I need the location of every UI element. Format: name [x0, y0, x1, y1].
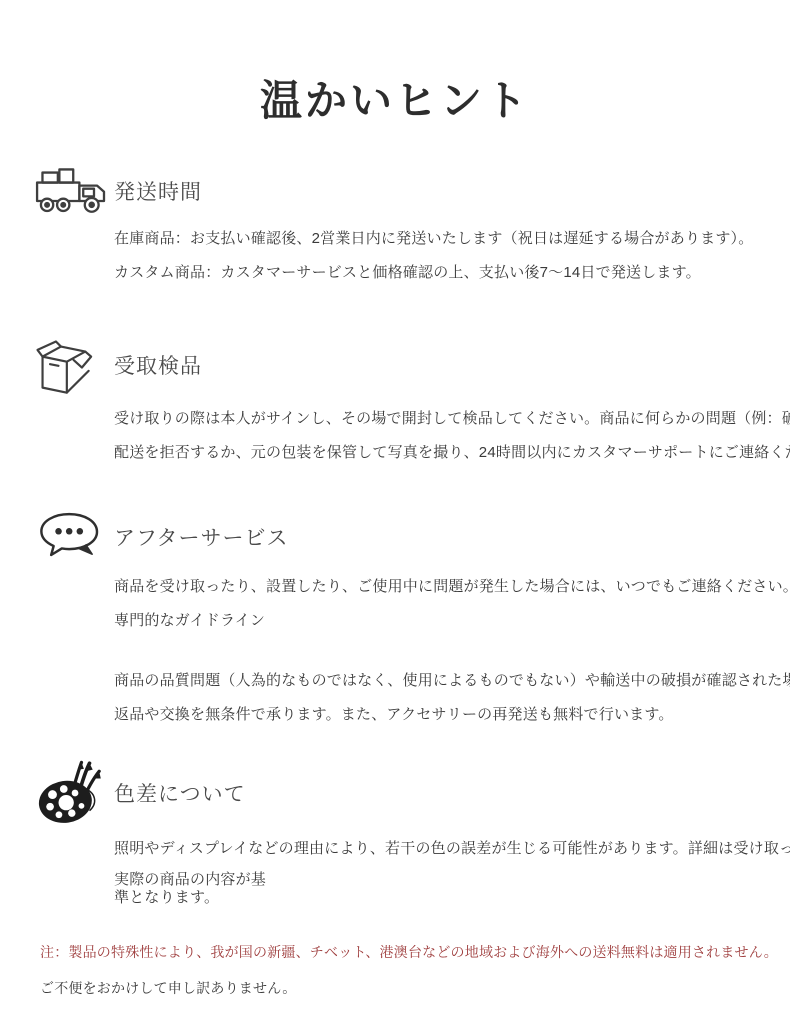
body-line: 専門的なガイドライン: [114, 610, 790, 632]
page-title: 温かいヒント: [0, 0, 790, 128]
body-line: 配送を拒否するか、元の包装を保管して写真を撮り、24時間以内にカスタマーサポート…: [114, 442, 790, 464]
body-line: 返品や交換を無条件で承ります。また、アクセサリーの再発送も無料で行います。: [114, 704, 790, 726]
section-header: 発送時間: [34, 166, 790, 216]
body-line: 商品を受け取ったり、設置したり、ご使用中に問題が発生した場合には、いつでもご連絡…: [114, 576, 790, 598]
section-body: 受け取りの際は本人がサインし、その場で開封して検品してください。商品に何らかの問…: [114, 408, 790, 464]
palette-icon: [34, 760, 114, 826]
info-section-4: 色差について 照明やディスプレイなどの理由により、若干の色の誤差が生じる可能性が…: [34, 760, 790, 906]
section-heading: アフターサービス: [114, 522, 289, 552]
body-line: 在庫商品：お支払い確認後、2営業日内に発送いたします（祝日は遅延する場合がありま…: [114, 228, 790, 250]
section-header: 色差について: [34, 760, 790, 826]
open-box-icon: [34, 334, 114, 396]
section-body: 商品を受け取ったり、設置したり、ご使用中に問題が発生した場合には、いつでもご連絡…: [114, 576, 790, 726]
body-line: 準となります。: [114, 890, 790, 906]
line-spacer: [114, 644, 790, 658]
apology-note: ご不便をおかけして申し訳ありません。: [40, 978, 790, 998]
body-line: 受け取りの際は本人がサインし、その場で開封して検品してください。商品に何らかの問…: [114, 408, 790, 430]
section-body: 在庫商品：お支払い確認後、2営業日内に発送いたします（祝日は遅延する場合がありま…: [114, 228, 790, 284]
shipping-restriction-note: 注：製品の特殊性により、我が国の新疆、チベット、港澳台などの地域および海外への送…: [40, 942, 790, 962]
info-section-3: アフターサービス 商品を受け取ったり、設置したり、ご使用中に問題が発生した場合に…: [34, 510, 790, 726]
section-heading: 受取検品: [114, 350, 202, 380]
truck-icon: [34, 166, 114, 216]
body-line: カスタム商品：カスタマーサービスと価格確認の上、支払い後7～14日で発送します。: [114, 262, 790, 284]
page: 温かいヒント 発送時間 在庫商品：お支払い確認後、2営業日内に発送いたします（祝…: [0, 0, 790, 1019]
section-header: 受取検品: [34, 334, 790, 396]
section-body: 照明やディスプレイなどの理由により、若干の色の誤差が生じる可能性があります。詳細…: [114, 838, 790, 906]
chat-bubble-icon: [34, 510, 114, 564]
info-section-2: 受取検品 受け取りの際は本人がサインし、その場で開封して検品してください。商品に…: [34, 334, 790, 464]
body-line: 商品の品質問題（人為的なものではなく、使用によるものでもない）や輸送中の破損が確…: [114, 670, 790, 692]
body-line: 実際の商品の内容が基: [114, 872, 790, 888]
section-heading: 発送時間: [114, 176, 202, 206]
footer-notes: 注：製品の特殊性により、我が国の新疆、チベット、港澳台などの地域および海外への送…: [40, 942, 790, 998]
info-section-1: 発送時間 在庫商品：お支払い確認後、2営業日内に発送いたします（祝日は遅延する場…: [34, 166, 790, 284]
section-heading: 色差について: [114, 778, 246, 808]
body-line: 照明やディスプレイなどの理由により、若干の色の誤差が生じる可能性があります。詳細…: [114, 838, 790, 860]
info-sections: 発送時間 在庫商品：お支払い確認後、2営業日内に発送いたします（祝日は遅延する場…: [0, 128, 790, 906]
section-header: アフターサービス: [34, 510, 790, 564]
